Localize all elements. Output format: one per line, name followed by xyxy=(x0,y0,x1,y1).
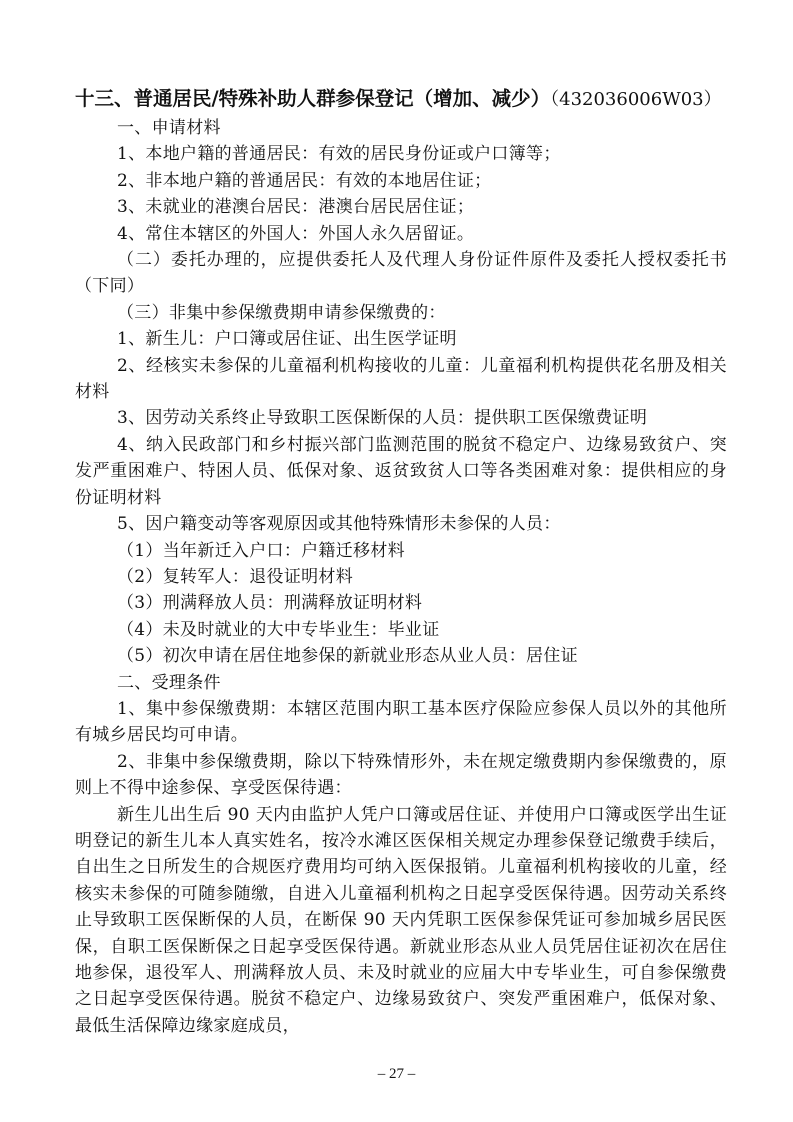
list-item: 2、非集中参保缴费期，除以下特殊情形外，未在规定缴费期内参保缴费的，原则上不得中… xyxy=(75,749,727,802)
paragraph-entrusted: （二）委托办理的，应提供委托人及代理人身份证件原件及委托人授权委托书（下同） xyxy=(75,247,727,300)
list-item: 1、本地户籍的普通居民：有效的居民身份证或户口簿等； xyxy=(75,141,727,167)
paragraph-non-concentrated: （三）非集中参保缴费期申请参保缴费的： xyxy=(75,300,727,326)
list-item: 2、经核实未参保的儿童福利机构接收的儿童：儿童福利机构提供花名册及相关材料 xyxy=(75,353,727,406)
sub-list-item: （4）未及时就业的大中专毕业生：毕业证 xyxy=(75,617,727,643)
list-item: 1、集中参保缴费期：本辖区范围内职工基本医疗保险应参保人员以外的其他所有城乡居民… xyxy=(75,696,727,749)
list-item: 5、因户籍变动等客观原因或其他特殊情形未参保的人员： xyxy=(75,511,727,537)
list-item: 3、未就业的港澳台居民：港澳台居民居住证； xyxy=(75,194,727,220)
heading-acceptance-conditions: 二、受理条件 xyxy=(75,670,727,696)
sub-list-item: （3）刑满释放人员：刑满释放证明材料 xyxy=(75,590,727,616)
list-item: 1、新生儿：户口簿或居住证、出生医学证明 xyxy=(75,326,727,352)
list-item: 3、因劳动关系终止导致职工医保断保的人员：提供职工医保缴费证明 xyxy=(75,405,727,431)
document-page: 十三、普通居民/特殊补助人群参保登记（增加、减少）（432036006W03） … xyxy=(75,84,727,1039)
list-item: 4、纳入民政部门和乡村振兴部门监测范围的脱贫不稳定户、边缘易致贫户、突发严重困难… xyxy=(75,432,727,511)
list-item: 2、非本地户籍的普通居民：有效的本地居住证； xyxy=(75,168,727,194)
section-title: 十三、普通居民/特殊补助人群参保登记（增加、减少）（432036006W03） xyxy=(75,84,727,115)
service-code: （432036006W03） xyxy=(550,89,721,110)
sub-list-item: （1）当年新迁入户口：户籍迁移材料 xyxy=(75,538,727,564)
sub-list-item: （2）复转军人：退役证明材料 xyxy=(75,564,727,590)
page-number: – 27 – xyxy=(0,1066,793,1083)
section-title-main: 十三、普通居民/特殊补助人群参保登记（增加、减少） xyxy=(75,87,550,110)
paragraph-special-cases: 新生儿出生后 90 天内由监护人凭户口簿或居住证、并使用户口簿或医学出生证明登记… xyxy=(75,802,727,1040)
list-item: 4、常住本辖区的外国人：外国人永久居留证。 xyxy=(75,221,727,247)
sub-list-item: （5）初次申请在居住地参保的新就业形态从业人员：居住证 xyxy=(75,643,727,669)
heading-application-materials: 一、申请材料 xyxy=(75,115,727,141)
